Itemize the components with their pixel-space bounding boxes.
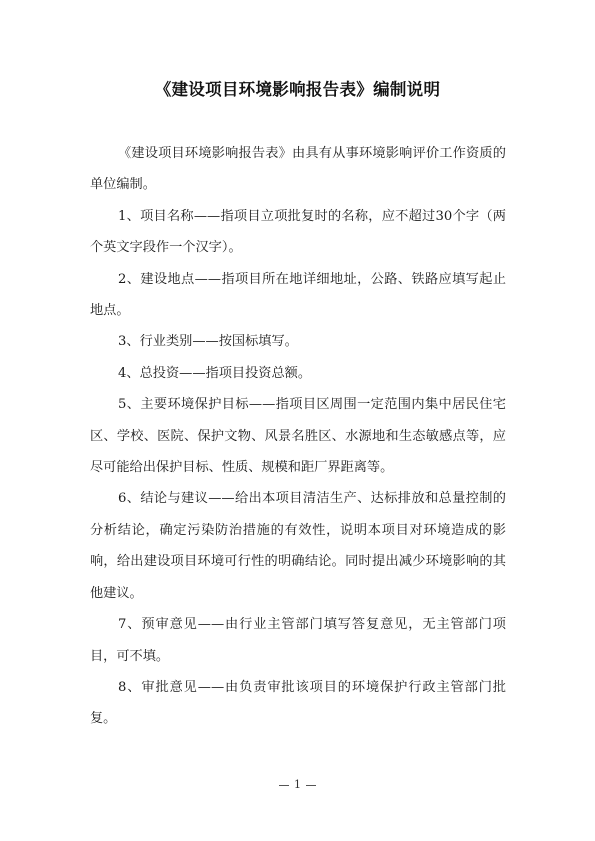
- footer-dash-left: [279, 785, 289, 786]
- paragraph-construction-site: 2、建设地点——指项目所在地详细地址，公路、铁路应填写起止地点。: [90, 264, 506, 327]
- paragraph-industry-category: 3、行业类别——按国标填写。: [90, 326, 506, 357]
- document-title: 《建设项目环境影响报告表》编制说明: [0, 76, 595, 100]
- paragraph-total-investment: 4、总投资——指项目投资总额。: [90, 358, 506, 389]
- paragraph-preliminary-review: 7、预审意见——由行业主管部门填写答复意见，无主管部门项目，可不填。: [90, 609, 506, 672]
- paragraph-project-name: 1、项目名称——指项目立项批复时的名称，应不超过30个字（两个英文字段作一个汉字…: [90, 201, 506, 264]
- footer-dash-right: [306, 785, 316, 786]
- paragraph-conclusions: 6、结论与建议——给出本项目清洁生产、达标排放和总量控制的分析结论，确定污染防治…: [90, 483, 506, 609]
- paragraph-protection-targets: 5、主要环境保护目标——指项目区周围一定范围内集中居民住宅区、学校、医院、保护文…: [90, 389, 506, 483]
- page-footer: 1: [0, 778, 595, 791]
- document-body: 《建设项目环境影响报告表》由具有从事环境影响评价工作资质的单位编制。 1、项目名…: [90, 138, 506, 735]
- document-page: 《建设项目环境影响报告表》编制说明 《建设项目环境影响报告表》由具有从事环境影响…: [0, 0, 595, 841]
- paragraph-intro: 《建设项目环境影响报告表》由具有从事环境影响评价工作资质的单位编制。: [90, 138, 506, 201]
- page-number: 1: [294, 778, 301, 791]
- paragraph-approval-opinion: 8、审批意见——由负责审批该项目的环境保护行政主管部门批复。: [90, 672, 506, 735]
